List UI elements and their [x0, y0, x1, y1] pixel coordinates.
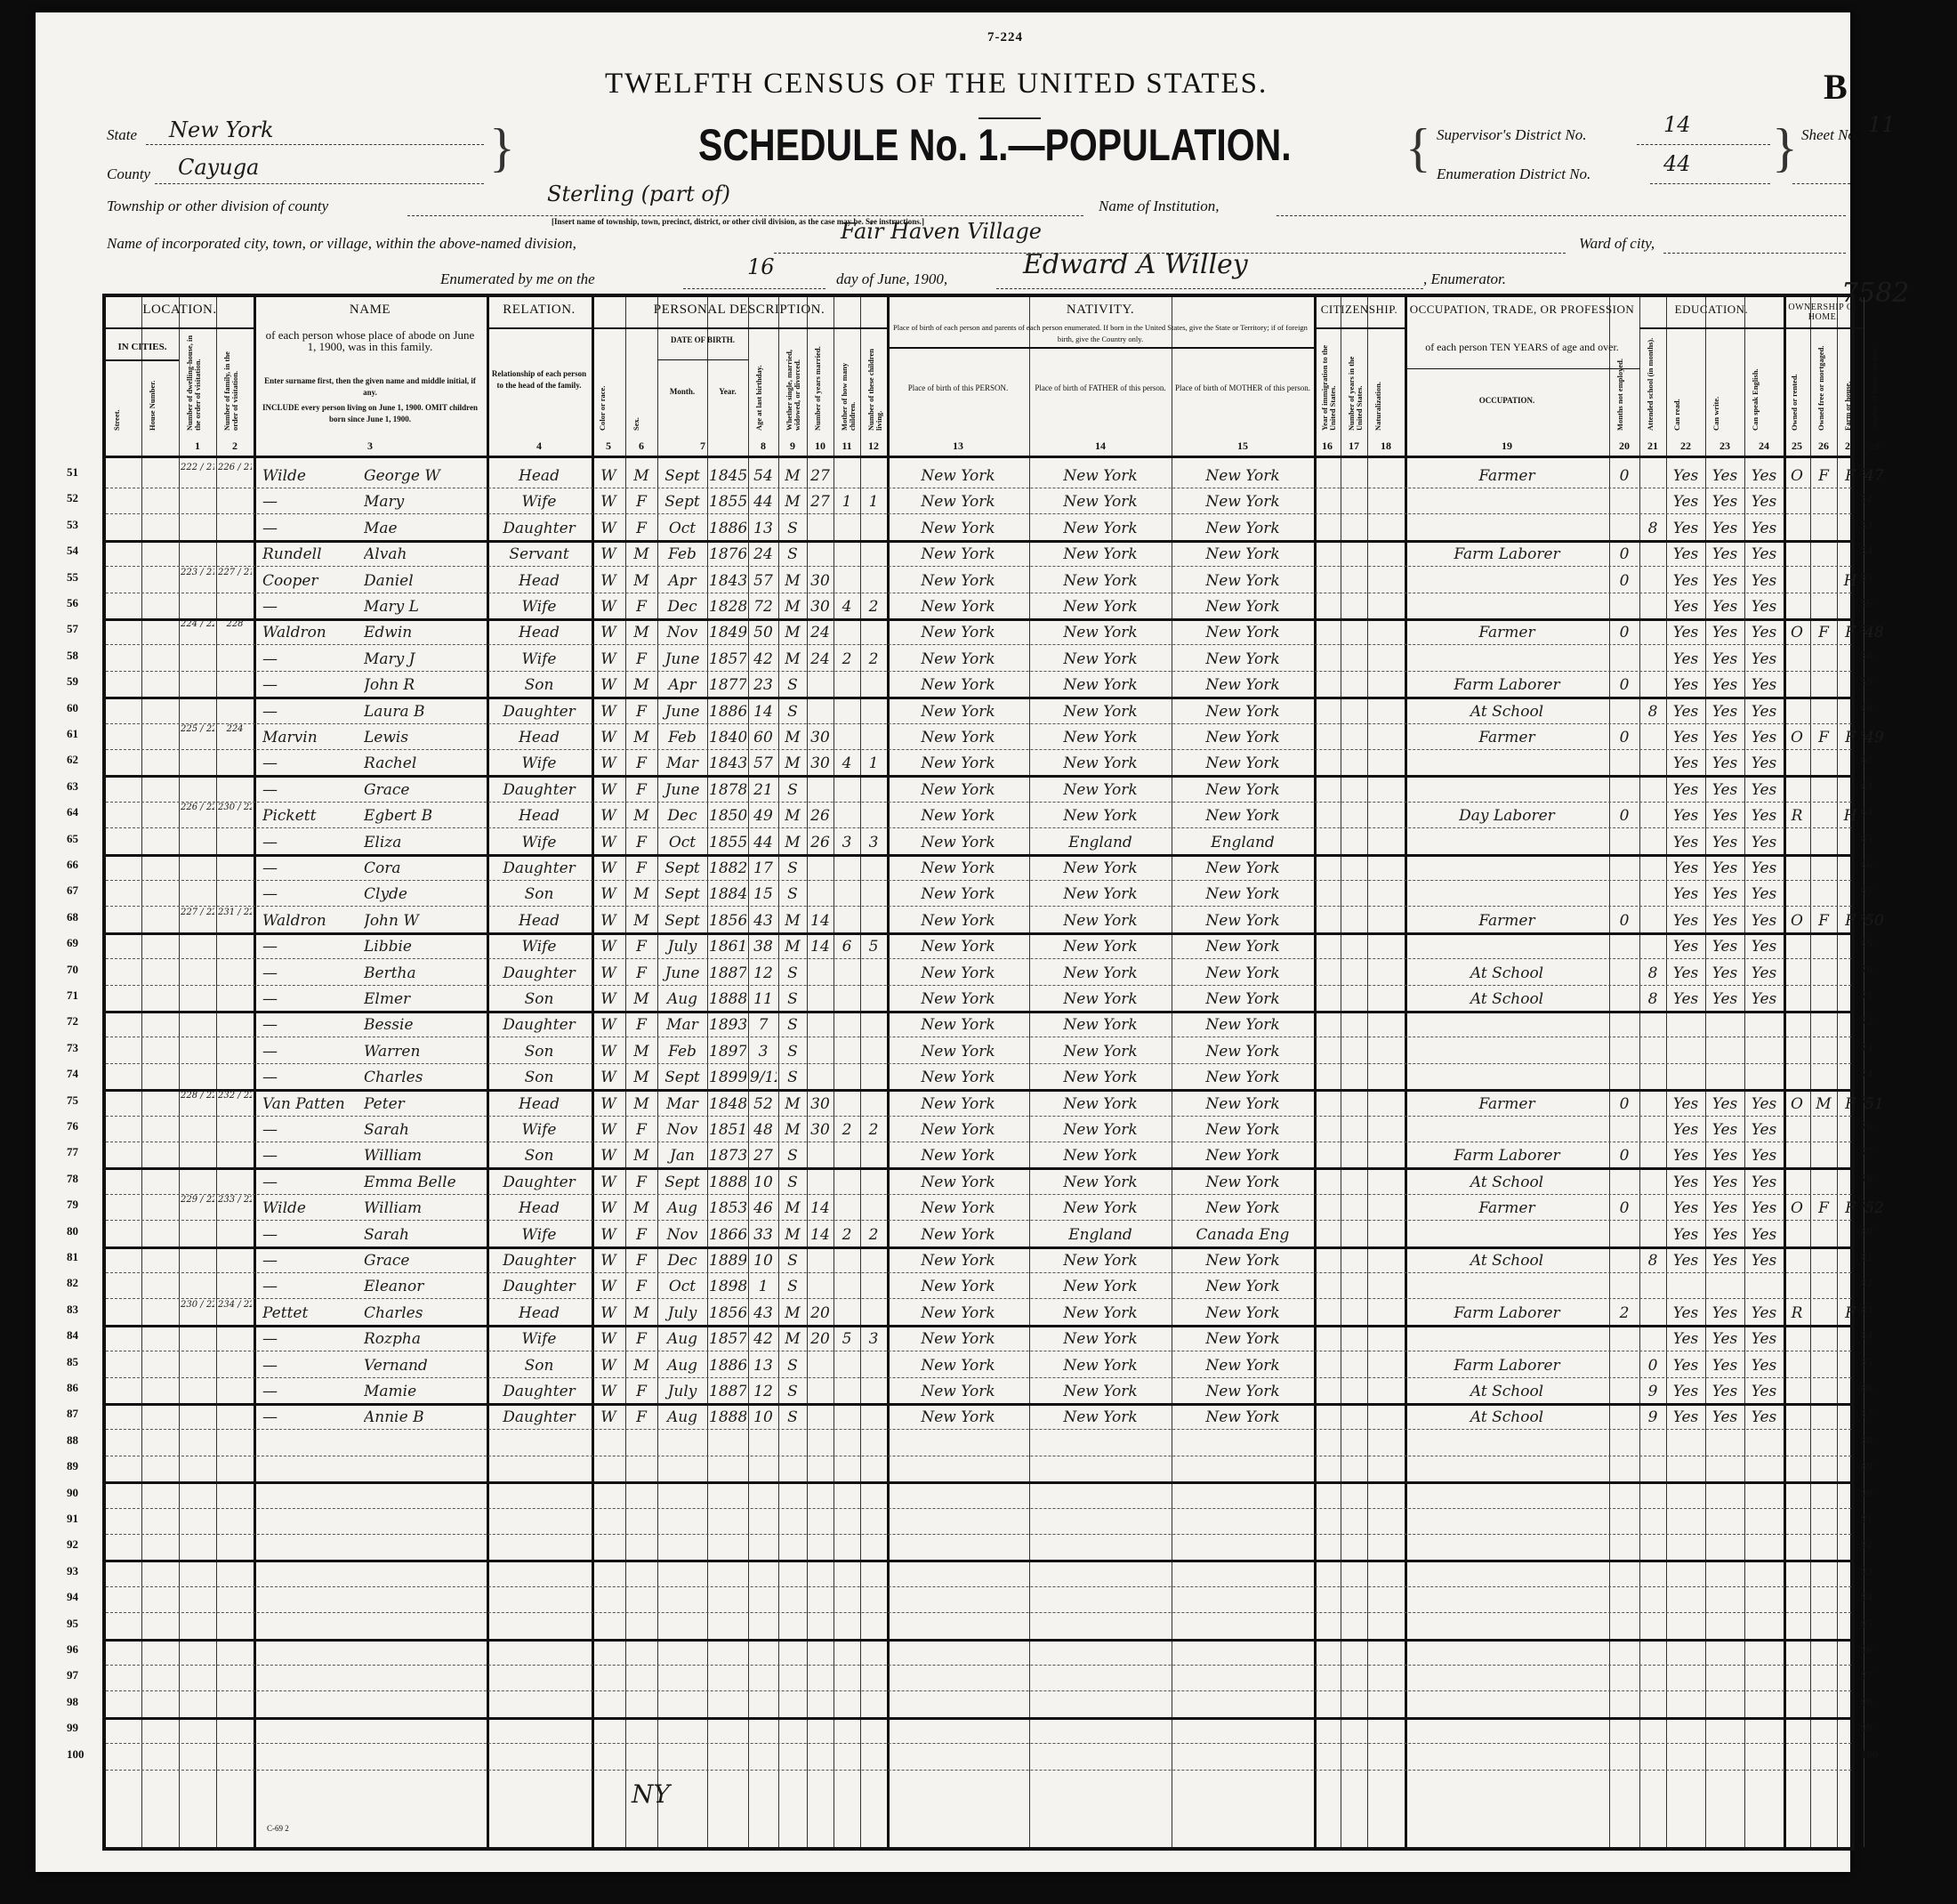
- att-header: Attended school (in months).: [1647, 333, 1655, 431]
- cell-bm: Canada Eng: [1173, 1221, 1312, 1246]
- column-number: 19: [1405, 440, 1609, 453]
- column-number: 4: [487, 440, 592, 453]
- column-number: 23: [1705, 440, 1744, 453]
- cell-given-name: Mae: [364, 514, 485, 540]
- cell-write: Yes: [1707, 1325, 1743, 1351]
- cell-age: 44: [750, 488, 777, 513]
- line-number-left: 58: [67, 649, 78, 663]
- cell-rel: Daughter: [488, 1272, 590, 1298]
- section-name: NAME: [254, 303, 487, 318]
- cell-mar: M: [780, 1090, 805, 1116]
- cell-speak: Yes: [1746, 932, 1782, 958]
- cell-farm: F: [1839, 723, 1862, 749]
- cell-sex: M: [627, 1037, 656, 1063]
- township-label: Township or other division of county: [107, 198, 328, 215]
- cell-month: June: [659, 959, 705, 985]
- cell-bf: New York: [1031, 462, 1170, 488]
- cell-mnE: 0: [1611, 1090, 1638, 1116]
- cell-color: W: [593, 907, 624, 932]
- cell-family: 227 / 219: [218, 567, 252, 593]
- name-include: INCLUDE every person living on June 1, 1…: [262, 402, 478, 425]
- cell-given-name: Charles: [364, 1299, 485, 1325]
- cell-mar: M: [780, 1325, 805, 1351]
- cell-bf: New York: [1031, 1116, 1170, 1142]
- cell-month: Apr: [659, 567, 705, 593]
- cell-write: Yes: [1707, 1221, 1743, 1246]
- cell-rel: Son: [488, 1037, 590, 1063]
- cell-sex: M: [627, 723, 656, 749]
- cell-sex: F: [627, 1377, 656, 1403]
- cell-read: Yes: [1668, 1194, 1703, 1220]
- cell-year: 1888: [709, 1403, 746, 1429]
- cell-rel: Wife: [488, 645, 590, 671]
- cell-occ: At School: [1406, 1246, 1607, 1272]
- column-number: 27: [1837, 440, 1864, 453]
- cell-free: F: [1812, 907, 1835, 932]
- cell-speak: Yes: [1746, 880, 1782, 906]
- table-row: —WilliamSonWMJan187327SNew YorkNew YorkN…: [106, 1142, 1851, 1170]
- cell-mar: S: [780, 985, 805, 1011]
- own-header: Owned or rented.: [1791, 333, 1799, 431]
- cell-mar: S: [780, 698, 805, 723]
- cell-ym: 14: [809, 932, 832, 958]
- section-personal: PERSONAL DESCRIPTION.: [592, 303, 887, 318]
- cell-year: 1884: [709, 880, 746, 906]
- table-row: [106, 1717, 1851, 1744]
- line-number-right: 78: [1861, 1172, 1872, 1186]
- cell-write: Yes: [1707, 932, 1743, 958]
- cell-year: 1898: [709, 1272, 746, 1298]
- table-row: 225 / 227224MarvinLewisHeadWMFeb184060M3…: [106, 723, 1851, 750]
- cell-sex: M: [627, 1351, 656, 1377]
- cell-rel: Head: [488, 907, 590, 932]
- state-value: New York: [169, 117, 274, 142]
- cell-write: Yes: [1707, 959, 1743, 985]
- cell-age: 48: [750, 1116, 777, 1142]
- cell-month: July: [659, 1299, 705, 1325]
- section-relation: RELATION.: [487, 303, 592, 318]
- cell-year: 1899: [709, 1063, 746, 1089]
- column-number: 21: [1639, 440, 1666, 453]
- cell-bf: New York: [1031, 1037, 1170, 1063]
- cell-write: Yes: [1707, 1403, 1743, 1429]
- cell-bf: New York: [1031, 1299, 1170, 1325]
- name-description: of each person whose place of abode on J…: [262, 329, 478, 352]
- cell-bm: New York: [1173, 593, 1312, 618]
- cell-age: 7: [750, 1011, 777, 1037]
- institution-label: Name of Institution,: [1099, 198, 1220, 215]
- cell-occ: At School: [1406, 1377, 1607, 1403]
- cell-surname: Cooper: [262, 567, 360, 593]
- city-label: Name of incorporated city, town, or vill…: [107, 235, 576, 253]
- cell-bf: New York: [1031, 802, 1170, 827]
- cell-age: 57: [750, 749, 777, 775]
- cell-speak: Yes: [1746, 698, 1782, 723]
- cell-color: W: [593, 723, 624, 749]
- line-number-left: 77: [67, 1145, 78, 1159]
- cell-occ: At School: [1406, 1403, 1607, 1429]
- cell-bp: New York: [889, 514, 1027, 540]
- cell-occ: At School: [1406, 1168, 1607, 1194]
- occupation-sublabel: OCCUPATION.: [1405, 395, 1609, 407]
- cell-year: 1856: [709, 907, 746, 932]
- cell-read: Yes: [1668, 1090, 1703, 1116]
- cell-rel: Head: [488, 1299, 590, 1325]
- cell-cl: 3: [862, 1325, 885, 1351]
- cell-dwelling: 228 / 225: [181, 1090, 214, 1116]
- cell-rel: Son: [488, 880, 590, 906]
- city-value: Fair Haven Village: [841, 219, 1042, 244]
- cell-bf: New York: [1031, 854, 1170, 880]
- cell-given-name: Alvah: [364, 540, 485, 566]
- cell-bm: New York: [1173, 1272, 1312, 1298]
- cell-mar: M: [780, 907, 805, 932]
- cell-bf: New York: [1031, 1351, 1170, 1377]
- cell-own: O: [1785, 723, 1808, 749]
- cell-given-name: Sarah: [364, 1116, 485, 1142]
- table-row: 230 / 227234 / 227PettetCharlesHeadWMJul…: [106, 1299, 1851, 1327]
- line-number-right: 75: [1861, 1093, 1872, 1108]
- cell-year: 1861: [709, 932, 746, 958]
- cell-write: Yes: [1707, 1116, 1743, 1142]
- cell-read: Yes: [1668, 854, 1703, 880]
- table-row: —John RSonWMApr187723SNew YorkNew YorkNe…: [106, 671, 1851, 699]
- cell-bm: New York: [1173, 854, 1312, 880]
- cell-color: W: [593, 959, 624, 985]
- cell-free: F: [1812, 618, 1835, 644]
- cell-month: Aug: [659, 1194, 705, 1220]
- cell-color: W: [593, 1037, 624, 1063]
- moc-header: Mother of how many children.: [841, 333, 857, 431]
- column-number: 13: [887, 440, 1029, 453]
- sheet-label: Sheet No.: [1801, 126, 1859, 144]
- cell-year: 1840: [709, 723, 746, 749]
- cell-rel: Head: [488, 567, 590, 593]
- cell-year: 1882: [709, 854, 746, 880]
- line-number-left: 92: [67, 1537, 78, 1552]
- cell-own: R: [1785, 1299, 1808, 1325]
- cell-mar: S: [780, 1246, 805, 1272]
- cell-speak: Yes: [1746, 1351, 1782, 1377]
- cell-age: 72: [750, 593, 777, 618]
- table-row: —Emma BelleDaughterWFSept188810SNew York…: [106, 1168, 1851, 1195]
- speak-header: Can speak English.: [1752, 333, 1760, 431]
- cell-bf: New York: [1031, 514, 1170, 540]
- census-title: TWELFTH CENSUS OF THE UNITED STATES.: [605, 68, 1268, 101]
- cell-age: 12: [750, 1377, 777, 1403]
- line-number-left: 78: [67, 1172, 78, 1186]
- township-line: [407, 215, 1083, 216]
- month-label: Month.: [657, 386, 707, 398]
- cell-rel: Daughter: [488, 1377, 590, 1403]
- cell-family: 234 / 227: [218, 1299, 252, 1325]
- cell-mar: S: [780, 1351, 805, 1377]
- cell-bp: New York: [889, 671, 1027, 697]
- cell-mar: S: [780, 854, 805, 880]
- cell-read: Yes: [1668, 880, 1703, 906]
- cell-rel: Son: [488, 1063, 590, 1089]
- township-value: Sterling (part of): [547, 182, 730, 206]
- column-number: 20: [1609, 440, 1639, 453]
- table-row: —ElmerSonWMAug188811SNew YorkNew YorkNew…: [106, 985, 1851, 1013]
- cell-bp: New York: [889, 1403, 1027, 1429]
- line-number-right: 93: [1861, 1564, 1872, 1578]
- cell-year: 1857: [709, 645, 746, 671]
- cell-write: Yes: [1707, 1351, 1743, 1377]
- rule: [487, 327, 592, 329]
- cell-speak: Yes: [1746, 488, 1782, 513]
- cell-age: 10: [750, 1403, 777, 1429]
- cell-color: W: [593, 645, 624, 671]
- line-number-left: 67: [67, 883, 78, 898]
- cell-bp: New York: [889, 776, 1027, 802]
- cell-read: Yes: [1668, 959, 1703, 985]
- cell-read: Yes: [1668, 1221, 1703, 1246]
- cell-sex: F: [627, 1325, 656, 1351]
- handwritten-mark: NY: [632, 1779, 670, 1809]
- cell-bm: New York: [1173, 671, 1312, 697]
- cell-color: W: [593, 1194, 624, 1220]
- line-number-left: 84: [67, 1328, 78, 1343]
- line-number-right: 90: [1861, 1486, 1872, 1500]
- cell-bm: New York: [1173, 1090, 1312, 1116]
- cell-speak: Yes: [1746, 854, 1782, 880]
- cell-mnE: 2: [1611, 1299, 1638, 1325]
- column-number: 12: [860, 440, 887, 453]
- cell-read: Yes: [1668, 1325, 1703, 1351]
- cell-speak: Yes: [1746, 540, 1782, 566]
- cell-given-name: Warren: [364, 1037, 485, 1063]
- cell-read: Yes: [1668, 749, 1703, 775]
- cell-speak: Yes: [1746, 645, 1782, 671]
- cell-year: 1843: [709, 567, 746, 593]
- cell-given-name: Grace: [364, 776, 485, 802]
- cell-surname: —: [262, 1011, 360, 1037]
- cell-bm: New York: [1173, 1037, 1312, 1063]
- cell-dwelling: 222 / 218: [181, 462, 214, 488]
- table-row: [106, 1639, 1851, 1666]
- cell-year: 1888: [709, 1168, 746, 1194]
- table-row: —Mary LWifeWFDec182872M3042New YorkNew Y…: [106, 593, 1851, 621]
- cell-ym: 24: [809, 645, 832, 671]
- cell-att: 0: [1641, 1351, 1664, 1377]
- cell-bm: New York: [1173, 1351, 1312, 1377]
- sheet-line: [1792, 183, 1850, 184]
- cell-bf: New York: [1031, 985, 1170, 1011]
- cell-month: Sept: [659, 1063, 705, 1089]
- cell-color: W: [593, 880, 624, 906]
- line-number-left: 91: [67, 1512, 78, 1526]
- column-number: 10: [807, 440, 834, 453]
- column-number: 17: [1341, 440, 1367, 453]
- cell-write: Yes: [1707, 802, 1743, 827]
- cell-speak: Yes: [1746, 959, 1782, 985]
- cell-month: Sept: [659, 1168, 705, 1194]
- supervisor-label: Supervisor's District No.: [1437, 126, 1586, 144]
- line-number-left: 94: [67, 1590, 78, 1604]
- table-row: —MamieDaughterWFJuly188712SNew YorkNew Y…: [106, 1377, 1851, 1406]
- cell-sex: F: [627, 828, 656, 854]
- cell-color: W: [593, 1011, 624, 1037]
- occupation-description: of each person TEN YEARS of age and over…: [1408, 342, 1636, 353]
- cell-ym: 14: [809, 1194, 832, 1220]
- line-number-left: 83: [67, 1303, 78, 1317]
- cell-year: 1873: [709, 1142, 746, 1167]
- cell-ym: 14: [809, 907, 832, 932]
- table-row: —GraceDaughterWFDec188910SNew YorkNew Yo…: [106, 1246, 1851, 1273]
- cell-month: Sept: [659, 462, 705, 488]
- cell-free: F: [1812, 723, 1835, 749]
- cell-read: Yes: [1668, 985, 1703, 1011]
- form-number: 7-224: [987, 30, 1023, 45]
- nativity-description: Place of birth of each person and parent…: [892, 322, 1309, 345]
- line-number-right: 99: [1861, 1721, 1872, 1735]
- cell-speak: Yes: [1746, 1142, 1782, 1167]
- cell-given-name: Grace: [364, 1246, 485, 1272]
- in-cities-label: IN CITIES.: [106, 342, 179, 353]
- cell-year: 1886: [709, 1351, 746, 1377]
- cell-bp: New York: [889, 802, 1027, 827]
- cell-bf: New York: [1031, 1011, 1170, 1037]
- cell-color: W: [593, 932, 624, 958]
- cell-sex: F: [627, 1272, 656, 1298]
- line-number-left: 56: [67, 596, 78, 610]
- cell-bp: New York: [889, 488, 1027, 513]
- cell-year: 1878: [709, 776, 746, 802]
- cell-write: Yes: [1707, 776, 1743, 802]
- line-number-left: 95: [67, 1617, 78, 1631]
- cell-bm: New York: [1173, 462, 1312, 488]
- cell-family: 231 / 224: [218, 907, 252, 932]
- line-number-right: 76: [1861, 1119, 1872, 1134]
- cell-mar: M: [780, 932, 805, 958]
- cell-rel: Daughter: [488, 1168, 590, 1194]
- cell-read: Yes: [1668, 828, 1703, 854]
- line-number-right: 71: [1861, 988, 1872, 1003]
- cell-year: 1843: [709, 749, 746, 775]
- cell-bp: New York: [889, 854, 1027, 880]
- cell-mnE: 0: [1611, 723, 1638, 749]
- cell-bm: New York: [1173, 514, 1312, 540]
- cell-rel: Head: [488, 1194, 590, 1220]
- cell-age: 57: [750, 567, 777, 593]
- cell-bp: New York: [889, 749, 1027, 775]
- cell-surname: —: [262, 880, 360, 906]
- cell-mar: S: [780, 1011, 805, 1037]
- cell-bp: New York: [889, 1351, 1027, 1377]
- cell-occ: At School: [1406, 985, 1607, 1011]
- cell-surname: —: [262, 828, 360, 854]
- cell-sex: M: [627, 1194, 656, 1220]
- cell-sex: M: [627, 907, 656, 932]
- cell-ym: 24: [809, 618, 832, 644]
- cell-bp: New York: [889, 1090, 1027, 1116]
- line-number-right: 80: [1861, 1224, 1872, 1238]
- cell-bm: New York: [1173, 567, 1312, 593]
- cell-own: O: [1785, 618, 1808, 644]
- cell-write: Yes: [1707, 1299, 1743, 1325]
- cell-moc: 6: [835, 932, 858, 958]
- table-row: —BessieDaughterWFMar18937SNew YorkNew Yo…: [106, 1011, 1851, 1037]
- table-row: —CharlesSonWMSept18999/12SNew YorkNew Yo…: [106, 1063, 1851, 1092]
- sex-header: Sex.: [632, 333, 640, 431]
- schedule-title: SCHEDULE No. 1.—POPULATION.: [698, 119, 1292, 171]
- line-number-right: 95: [1861, 1617, 1872, 1631]
- cell-bf: New York: [1031, 1194, 1170, 1220]
- imm-header: Year of immigration to the United States…: [1321, 333, 1337, 431]
- line-number-right: 53: [1861, 518, 1872, 532]
- table-row: —RozphaWifeWFAug185742M2053New YorkNew Y…: [106, 1325, 1851, 1351]
- cell-color: W: [593, 1351, 624, 1377]
- supervisor-value: 14: [1663, 112, 1691, 137]
- cell-given-name: George W: [364, 462, 485, 488]
- enumerator-signature: Edward A Willey: [1023, 249, 1248, 280]
- table-row: 226 / 228230 / 223PickettEgbert BHeadWMD…: [106, 802, 1851, 828]
- cell-occ: Farm Laborer: [1406, 1142, 1607, 1167]
- cell-moc: 4: [835, 593, 858, 618]
- cell-given-name: Eleanor: [364, 1272, 485, 1298]
- cell-family: 233 / 226: [218, 1194, 252, 1220]
- cell-write: Yes: [1707, 540, 1743, 566]
- column-number: 24: [1744, 440, 1784, 453]
- line-number-left: 60: [67, 701, 78, 715]
- cell-speak: Yes: [1746, 1246, 1782, 1272]
- table-row: [106, 1456, 1851, 1484]
- line-number-left: 76: [67, 1119, 78, 1134]
- cell-given-name: John W: [364, 907, 485, 932]
- cell-moc: 2: [835, 645, 858, 671]
- line-number-right: 55: [1861, 570, 1872, 585]
- cell-att: 9: [1641, 1403, 1664, 1429]
- cell-color: W: [593, 1221, 624, 1246]
- line-number-right: 62: [1861, 753, 1872, 767]
- line-number-left: 82: [67, 1276, 78, 1290]
- cell-bp: New York: [889, 462, 1027, 488]
- cell-write: Yes: [1707, 645, 1743, 671]
- cell-speak: Yes: [1746, 1377, 1782, 1403]
- cell-bp: New York: [889, 1168, 1027, 1194]
- line-number-left: 74: [67, 1067, 78, 1081]
- cell-surname: Waldron: [262, 618, 360, 644]
- cell-bm: New York: [1173, 1011, 1312, 1037]
- cell-read: Yes: [1668, 907, 1703, 932]
- cell-given-name: Edwin: [364, 618, 485, 644]
- cell-bm: New York: [1173, 1168, 1312, 1194]
- line-number-left: 99: [67, 1721, 78, 1735]
- birth-person-label: Place of birth of this PERSON.: [889, 383, 1027, 394]
- cell-mar: S: [780, 776, 805, 802]
- cell-color: W: [593, 776, 624, 802]
- cell-mar: M: [780, 828, 805, 854]
- table-row: [106, 1691, 1851, 1720]
- table-row: —RachelWifeWFMar184357M3041New YorkNew Y…: [106, 749, 1851, 778]
- cell-month: Nov: [659, 618, 705, 644]
- read-header: Can read.: [1673, 333, 1681, 431]
- cell-rel: Head: [488, 802, 590, 827]
- cell-att: 8: [1641, 1246, 1664, 1272]
- cell-age: 33: [750, 1221, 777, 1246]
- cell-bm: New York: [1173, 1299, 1312, 1325]
- cell-write: Yes: [1707, 618, 1743, 644]
- cell-year: 1853: [709, 1194, 746, 1220]
- cell-ym: 14: [809, 1221, 832, 1246]
- enumeration-label: Enumeration District No.: [1437, 165, 1591, 183]
- cell-bp: New York: [889, 1116, 1027, 1142]
- table-row: —ElizaWifeWFOct185544M2633New YorkEnglan…: [106, 828, 1851, 857]
- cell-given-name: Lewis: [364, 723, 485, 749]
- cell-age: 21: [750, 776, 777, 802]
- cell-age: 27: [750, 1142, 777, 1167]
